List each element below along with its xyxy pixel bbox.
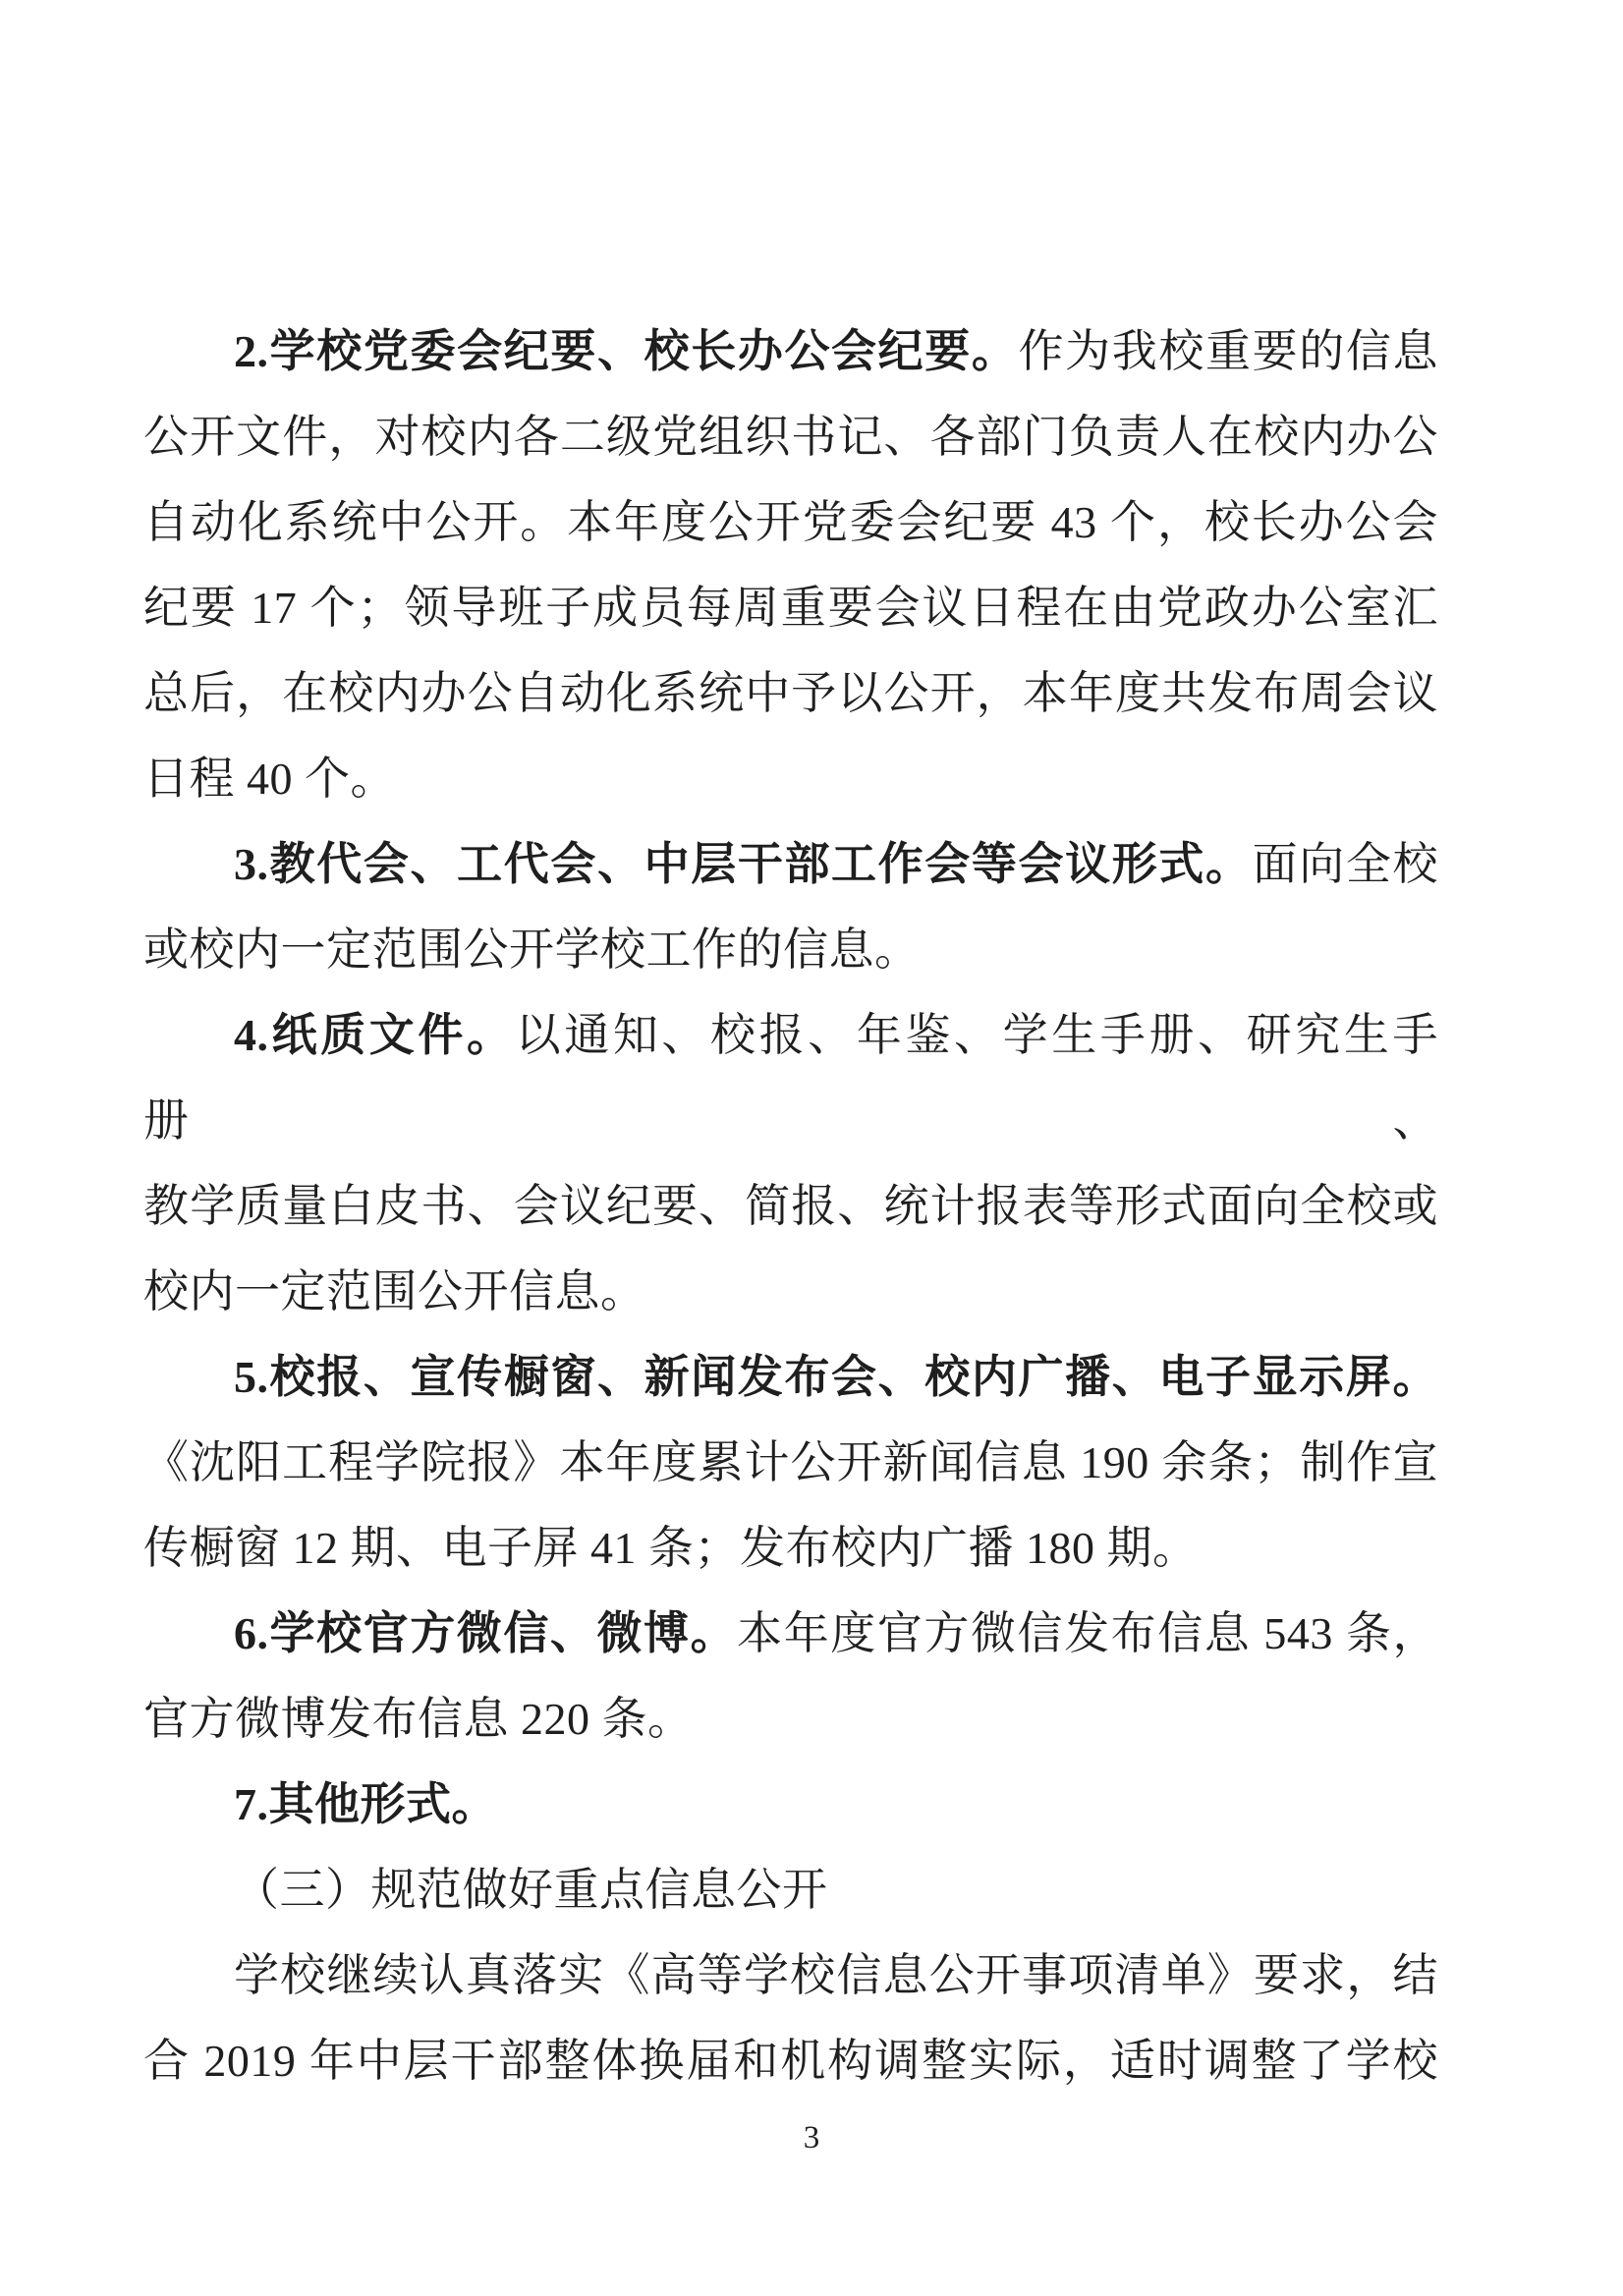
document-page: 2.学校党委会纪要、校长办公会纪要。作为我校重要的信息 公开文件，对校内各二级党… (0, 0, 1623, 2296)
text-line: 纪要 17 个；领导班子成员每周重要会议日程在由党政办公室汇 (143, 565, 1438, 650)
paragraph-item-6: 6.学校官方微信、微博。本年度官方微信发布信息 543 条， 官方微博发布信息 … (143, 1591, 1438, 1762)
paragraph-item-5: 5.校报、宣传橱窗、新闻发布会、校内广播、电子显示屏。 《沈阳工程学院报》本年度… (143, 1334, 1438, 1591)
text-line: 自动化系统中公开。本年度公开党委会纪要 43 个，校长办公会 (143, 479, 1438, 565)
text-line: 传橱窗 12 期、电子屏 41 条；发布校内广播 180 期。 (143, 1505, 1438, 1591)
text-line: 总后，在校内办公自动化系统中予以公开，本年度共发布周会议 (143, 650, 1438, 736)
text-line: 公开文件，对校内各二级党组织书记、各部门负责人在校内办公 (143, 394, 1438, 479)
paragraph-item-7: 7.其他形式。 (143, 1762, 1438, 1847)
lead-bold: 4.纸质文件。 (234, 1010, 516, 1060)
text-line: 官方微博发布信息 220 条。 (143, 1676, 1438, 1762)
page-number: 3 (0, 2118, 1623, 2157)
text-line: 7.其他形式。 (143, 1762, 1438, 1847)
text-line: 学校继续认真落实《高等学校信息公开事项清单》要求，结 (143, 1932, 1438, 2018)
lead-bold: 7.其他形式。 (234, 1779, 497, 1829)
line-text: 面向全校 (1253, 839, 1438, 889)
line-text: 本年度官方微信发布信息 543 条， (737, 1608, 1438, 1658)
text-line: 合 2019 年中层干部整体换届和机构调整实际，适时调整了学校 (143, 2018, 1438, 2103)
text-line: 2.学校党委会纪要、校长办公会纪要。作为我校重要的信息 (143, 308, 1438, 394)
text-line: 或校内一定范围公开学校工作的信息。 (143, 907, 1438, 992)
text-line: 5.校报、宣传橱窗、新闻发布会、校内广播、电子显示屏。 (143, 1334, 1438, 1420)
line-text: 作为我校重要的信息 (1019, 326, 1438, 376)
text-line: 《沈阳工程学院报》本年度累计公开新闻信息 190 余条；制作宣 (143, 1420, 1438, 1505)
paragraph-item-4: 4.纸质文件。以通知、校报、年鉴、学生手册、研究生手册、 教学质量白皮书、会议纪… (143, 992, 1438, 1334)
text-block: 2.学校党委会纪要、校长办公会纪要。作为我校重要的信息 公开文件，对校内各二级党… (143, 308, 1438, 2103)
paragraph-item-2: 2.学校党委会纪要、校长办公会纪要。作为我校重要的信息 公开文件，对校内各二级党… (143, 308, 1438, 821)
text-line: 教学质量白皮书、会议纪要、简报、统计报表等形式面向全校或 (143, 1163, 1438, 1249)
text-line: 4.纸质文件。以通知、校报、年鉴、学生手册、研究生手册、 (143, 992, 1438, 1163)
section-heading-text: （三）规范做好重点信息公开 (143, 1847, 1438, 1932)
lead-bold: 5.校报、宣传橱窗、新闻发布会、校内广播、电子显示屏。 (234, 1352, 1438, 1402)
text-line: 校内一定范围公开信息。 (143, 1249, 1438, 1334)
lead-bold: 2.学校党委会纪要、校长办公会纪要。 (234, 326, 1019, 376)
text-line: 6.学校官方微信、微博。本年度官方微信发布信息 543 条， (143, 1591, 1438, 1676)
paragraph-item-3: 3.教代会、工代会、中层干部工作会等会议形式。面向全校 或校内一定范围公开学校工… (143, 821, 1438, 992)
text-line: 日程 40 个。 (143, 736, 1438, 821)
lead-bold: 6.学校官方微信、微博。 (234, 1608, 737, 1658)
text-line: 3.教代会、工代会、中层干部工作会等会议形式。面向全校 (143, 821, 1438, 907)
paragraph-closing: 学校继续认真落实《高等学校信息公开事项清单》要求，结 合 2019 年中层干部整… (143, 1932, 1438, 2103)
lead-bold: 3.教代会、工代会、中层干部工作会等会议形式。 (234, 839, 1253, 889)
section-heading-3: （三）规范做好重点信息公开 (143, 1847, 1438, 1932)
